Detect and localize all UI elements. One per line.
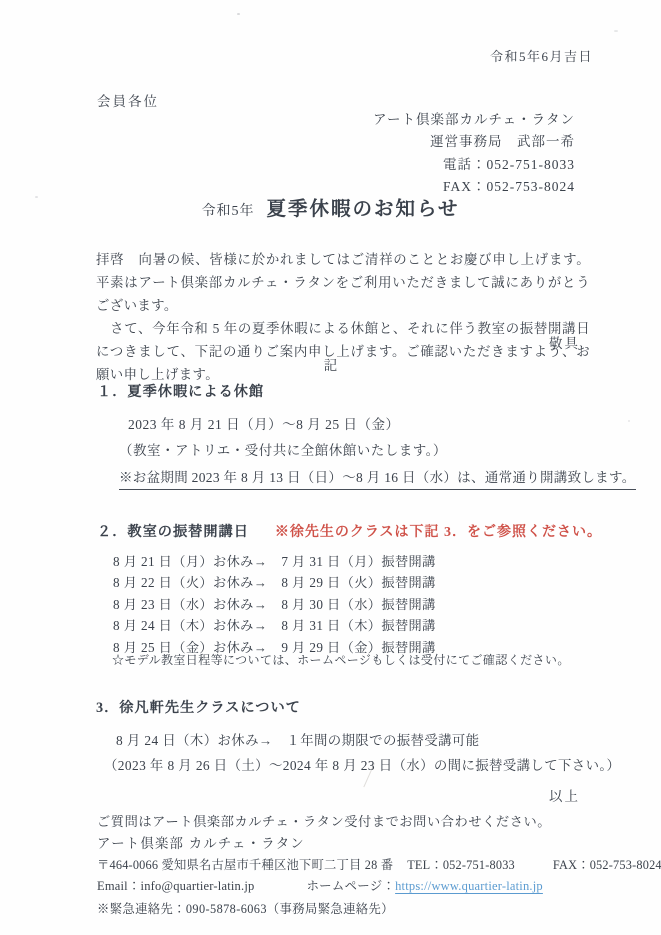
sender-block: アート倶楽部カルチェ・ラタン 運営事務局 武部一希 電話：052-751-803… [373, 109, 575, 199]
homepage-link: https://www.quartier-latin.jp [395, 879, 543, 893]
title-main: 夏季休暇のお知らせ [267, 199, 460, 220]
footer-address-line: 〒464-0066 愛知県名古屋市千種区池下町二丁目 28 番TEL：052-7… [97, 855, 661, 873]
postal-address: 〒464-0066 愛知県名古屋市千種区池下町二丁目 28 番 [97, 858, 393, 872]
homepage-label: ホームページ： [306, 879, 395, 893]
letter-date: 令和5年6月吉日 [490, 46, 593, 65]
section2-heading-row: ２．教室の振替開講日※徐先生のクラスは下記 3．をご参照ください。 [97, 521, 602, 541]
makeup-date: 7 月 31 日（月）振替開講 [281, 554, 435, 569]
footer-org-name: アート倶楽部 カルチェ・ラタン [97, 833, 305, 852]
footer-emergency-line: ※緊急連絡先：090-5878-6063（事務局緊急連絡先） [97, 899, 394, 917]
section3-heading: 3．徐凡軒先生クラスについて [96, 697, 301, 717]
section3-line2: （2023 年 8 月 26 日（土）〜2024 年 8 月 23 日（水）の間… [104, 755, 620, 774]
reschedule-row: 8 月 22 日（火）お休み→8 月 29 日（火）振替開講 [113, 572, 436, 593]
end-mark: 以上 [549, 785, 580, 805]
closing-keigu: 敬具 [549, 332, 580, 352]
footer-fax: FAX：052-753-8024 [553, 858, 661, 872]
letter-title: 令和5年夏季休暇のお知らせ [0, 193, 661, 221]
title-era: 令和5年 [202, 204, 255, 219]
scan-speck [628, 420, 630, 422]
greeting-paragraph-1: 拝啓 向暑の候、皆様に於かれましてはご清祥のこととお慶び申し上げます。平素はアー… [96, 248, 590, 317]
holiday-date: 8 月 22 日（火）お休み→ [113, 575, 267, 590]
reschedule-row: 8 月 23 日（水）お休み→8 月 30 日（水）振替開講 [113, 594, 436, 615]
section1-obon-note-underlined: ※お盆期間 2023 年 8 月 13 日（日）〜8 月 16 日（水）は、通常… [119, 466, 636, 490]
footer-contact-line: ご質問はアート倶楽部カルチェ・ラタン受付までお問い合わせください。 [97, 811, 551, 830]
scan-speck [614, 30, 618, 32]
section1-closure-period: 2023 年 8 月 21 日（月）〜8 月 25 日（金） [128, 413, 400, 433]
makeup-date: 8 月 30 日（水）振替開講 [281, 597, 435, 612]
sender-tel: 電話：052-751-8033 [373, 154, 575, 176]
record-mark: 記 [0, 354, 661, 374]
footer-email-line: Email：info@quartier-latin.jpホームページ：https… [97, 876, 543, 894]
recipient-line: 会員各位 [97, 90, 159, 110]
makeup-date: 8 月 29 日（火）振替開講 [281, 575, 435, 590]
holiday-date: 8 月 24 日（木）お休み→ [113, 618, 267, 633]
section2-red-note: ※徐先生のクラスは下記 3．をご参照ください。 [275, 525, 602, 540]
scanned-letter-page: 令和5年6月吉日 会員各位 アート倶楽部カルチェ・ラタン 運営事務局 武部一希 … [0, 0, 661, 935]
footer-email: Email：info@quartier-latin.jp [97, 879, 254, 893]
reschedule-row: 8 月 21 日（月）お休み→7 月 31 日（月）振替開講 [113, 551, 436, 572]
section2-heading: ２．教室の振替開講日 [97, 524, 249, 540]
makeup-date: 8 月 31 日（木）振替開講 [281, 618, 435, 633]
section1-heading: １．夏季休暇による休館 [97, 381, 264, 401]
reschedule-row: 8 月 24 日（木）お休み→8 月 31 日（木）振替開講 [113, 615, 436, 636]
greeting-paragraph-2: さて、今年令和 5 年の夏季休暇による休館と、それに伴う教室の振替開講日につきま… [96, 317, 590, 386]
section1-note: （教室・アトリエ・受付共に全館休館いたします。） [119, 439, 447, 459]
section3-line1: 8 月 24 日（木）お休み→ １年間の期限での振替受講可能 [116, 730, 480, 749]
sender-office: 運営事務局 武部一希 [373, 131, 575, 153]
model-class-note: ☆モデル教室日程等については、ホームページもしくは受付にてご確認ください。 [112, 651, 570, 668]
holiday-date: 8 月 21 日（月）お休み→ [113, 554, 267, 569]
reschedule-table: 8 月 21 日（月）お休み→7 月 31 日（月）振替開講 8 月 22 日（… [113, 551, 436, 658]
sender-org: アート倶楽部カルチェ・ラタン [373, 109, 575, 131]
holiday-date: 8 月 23 日（水）お休み→ [113, 597, 267, 612]
footer-tel: TEL：052-751-8033 [407, 858, 515, 872]
scan-speck [237, 13, 240, 15]
